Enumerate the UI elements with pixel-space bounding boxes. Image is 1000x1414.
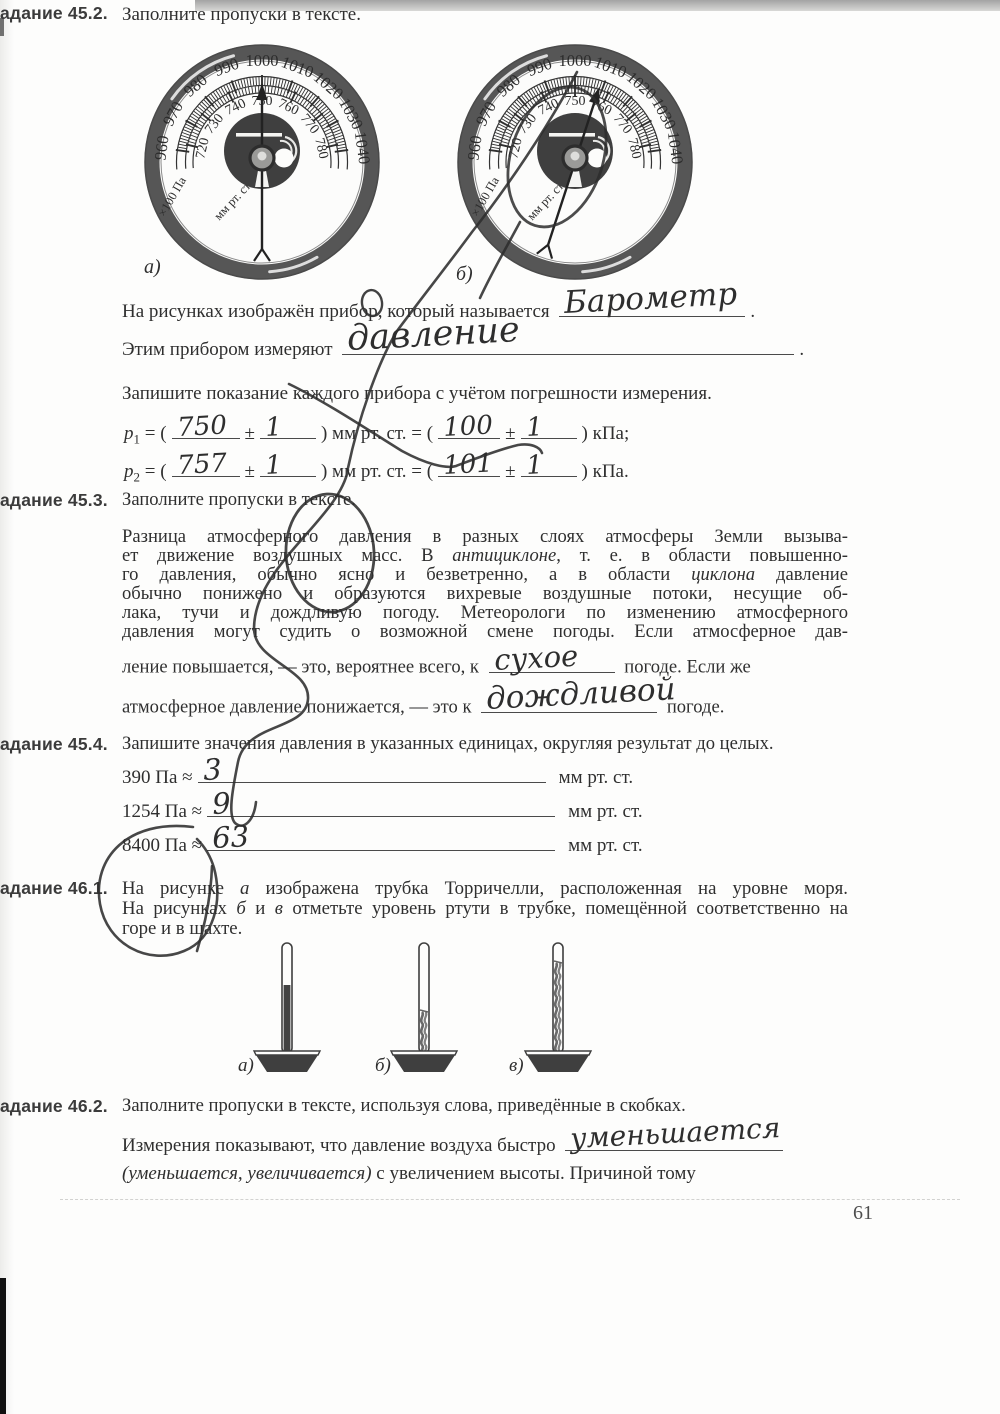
task-452-note: Запишите показание каждого прибора с учё… (122, 382, 848, 406)
handwritten-device: Барометр (564, 279, 738, 319)
given-value: 8400 Па ≈ (122, 835, 202, 856)
text-segment: , т. е. в области повышенно- (556, 545, 848, 566)
p1-mm-value-blank[interactable]: 750 (172, 418, 240, 439)
handwritten-101: 101 (443, 450, 494, 479)
p2-symbol: p (124, 461, 134, 482)
text-segment: антициклоне (452, 545, 556, 566)
torricelli-tubes-figure: а)б)в) (228, 938, 610, 1080)
p1-pm2: ± (505, 423, 515, 444)
task-461-line: На рисунках б и в отметьте уровень ртути… (122, 899, 848, 918)
conversion-answer-blank[interactable]: 3 (198, 762, 546, 783)
handwritten-answer: 3 (202, 755, 222, 785)
text-segment: давление (755, 564, 848, 585)
p2-mid: ) мм рт. ст. = ( (321, 461, 433, 482)
p2-kpa-error-blank[interactable]: 1 (521, 456, 577, 477)
scan-artifact-strip (0, 1278, 6, 1414)
p1-tail: ) кПа; (582, 423, 630, 444)
dial-b-caption: б) (456, 263, 473, 286)
handwritten-dry: сухое (493, 641, 578, 674)
p1-kpa-error-blank[interactable]: 1 (521, 418, 577, 439)
text-segment: с увеличением высоты. Причиной тому (372, 1163, 696, 1184)
text-segment: б (236, 898, 245, 919)
task-461-label: адание 46.1. (0, 878, 108, 899)
svg-text:960: 960 (463, 134, 485, 161)
handwritten-decreases: уменьшается (570, 1114, 781, 1153)
task-461-line: горе и в шахте. (122, 919, 848, 938)
weather-blank-2[interactable]: дождливой (481, 692, 657, 713)
p2-kpa-value-blank[interactable]: 101 (438, 456, 500, 477)
p1-symbol: p (124, 423, 134, 444)
given-value: 390 Па ≈ (122, 767, 193, 788)
s1-period: . (750, 301, 755, 322)
text-segment: го давления, обычно ясно и безветренно, … (122, 564, 691, 585)
handwritten-1c: 1 (265, 452, 283, 479)
dial-a-caption: а) (144, 256, 161, 279)
p1-mid: ) мм рт. ст. = ( (321, 423, 433, 444)
unit-label: мм рт. ст. (568, 835, 642, 856)
paragraph-line: го давления, обычно ясно и безветренно, … (122, 565, 848, 584)
paragraph-line: давления могут судить о возможной смене … (122, 622, 848, 641)
svg-text:960: 960 (150, 134, 172, 161)
handwritten-750: 750 (176, 412, 227, 441)
page-number: 61 (853, 1202, 873, 1225)
task-461-line: На рисунке а изображена трубка Торричелл… (122, 879, 848, 898)
paragraph-line: ет движение воздушных масс. В антициклон… (122, 546, 848, 565)
text-segment: давления могут судить о возможной смене … (122, 621, 848, 642)
p1-kpa-value-blank[interactable]: 100 (438, 418, 500, 439)
text-segment: в (275, 898, 283, 919)
paragraph-line: лака, тучи и дождливую погоду. Метеороло… (122, 603, 848, 622)
p1-pm: ± (245, 423, 255, 444)
p2-tail: ) кПа. (582, 461, 629, 482)
p2-mm-value-blank[interactable]: 757 (172, 456, 240, 477)
conversion-answer-blank[interactable]: 63 (207, 830, 555, 851)
task-452-instruction: Заполните пропуски в тексте. (122, 3, 848, 27)
text-segment: а (240, 878, 249, 899)
pressure-row-2: p2 = (757±1) мм рт. ст. = (101±1) кПа. (124, 456, 850, 490)
task-452-sentence-2: Этим прибором измеряют давление . (122, 334, 848, 362)
tube-caption: б) (375, 1055, 391, 1076)
task-452-label: адание 45.2. (0, 3, 108, 24)
workbook-page: адание 45.2. Заполните пропуски в тексте… (0, 0, 1000, 1414)
handwritten-1d: 1 (525, 452, 543, 479)
task-453-blank-row-1: ление повышается, — это, вероятнее всего… (122, 652, 848, 682)
text-segment: ет движение воздушных масс. В (122, 545, 452, 566)
svg-text:750: 750 (565, 94, 586, 109)
weather-blank-1[interactable]: сухое (489, 652, 615, 673)
text-segment: и (246, 898, 275, 919)
handwritten-100: 100 (443, 412, 494, 441)
scan-fold-line (60, 1199, 960, 1200)
handwritten-1b: 1 (525, 414, 543, 441)
svg-text:1000: 1000 (559, 51, 592, 70)
text-segment: Разница атмосферного давления в разных с… (122, 526, 848, 547)
text-segment: обычно понижено и образуются вихревые во… (122, 583, 848, 604)
given-value: 1254 Па ≈ (122, 801, 202, 822)
s2-period: . (799, 339, 804, 360)
task-454-label: адание 45.4. (0, 734, 108, 755)
pressure-row-1: p1 = (750±1) мм рт. ст. = (100±1) кПа; (124, 418, 850, 452)
task-453-instruction: Заполните пропуски в тексте. (122, 490, 848, 509)
p1-mm-error-blank[interactable]: 1 (260, 418, 316, 439)
barometer-dial-b: 9609709809901000101010201030104072073074… (450, 37, 700, 287)
task-462-body-1: Измерения показывают, что давление возду… (122, 1130, 848, 1158)
conversion-row: 8400 Па ≈63мм рт. ст. (122, 830, 848, 858)
conversion-answer-blank[interactable]: 9 (207, 796, 555, 817)
p2-pm: ± (245, 461, 255, 482)
answer-blank-measure[interactable]: давление (342, 334, 794, 355)
handwritten-answer: 63 (212, 822, 250, 853)
blank2-pre: атмосферное давление понижается, — это к (122, 697, 472, 718)
tube-caption: а) (238, 1055, 254, 1076)
svg-text:1000: 1000 (246, 51, 279, 70)
task-453-blank-row-2: атмосферное давление понижается, — это к… (122, 692, 848, 722)
unit-label: мм рт. ст. (559, 767, 633, 788)
p2-mm-error-blank[interactable]: 1 (260, 456, 316, 477)
handwritten-answer: 9 (212, 789, 232, 819)
text-segment: На рисунках (122, 898, 236, 919)
text-segment: (уменьшается, увеличивается) (122, 1163, 372, 1184)
task-454-instruction: Запишите значения давления в указанных е… (122, 734, 848, 753)
task-462-label: адание 46.2. (0, 1096, 108, 1117)
task-453-label: адание 45.3. (0, 490, 108, 511)
conversion-row: 390 Па ≈3мм рт. ст. (122, 762, 848, 790)
text-segment: изображена трубка Торричелли, расположен… (249, 878, 848, 899)
scan-edge-left (0, 0, 14, 1414)
task-462-body-2: (уменьшается, увеличивается) с увеличени… (122, 1164, 848, 1183)
text-segment: циклона (691, 564, 755, 585)
text-segment: отметьте уровень ртути в трубке, помещён… (283, 898, 848, 919)
p1-eq: = ( (140, 423, 167, 444)
barometer-dial-a: 9609709809901000101010201030104072073074… (137, 37, 387, 287)
s2-text: Этим прибором измеряют (122, 339, 333, 360)
handwritten-rainy: дождливой (486, 674, 677, 715)
handwritten-757: 757 (176, 450, 227, 479)
paragraph-line: обычно понижено и образуются вихревые во… (122, 584, 848, 603)
tube-caption: в) (509, 1055, 524, 1076)
text-segment: На рисунке (122, 878, 240, 899)
altitude-blank[interactable]: уменьшается (565, 1130, 783, 1151)
handwritten-1a: 1 (265, 414, 283, 441)
handwritten-measure: давление (346, 313, 520, 357)
p2-pm2: ± (505, 461, 515, 482)
body-pre: Измерения показывают, что давление возду… (122, 1135, 556, 1156)
text-segment: лака, тучи и дождливую погоду. Метеороло… (122, 602, 848, 623)
unit-label: мм рт. ст. (568, 801, 642, 822)
text-segment: горе и в шахте. (122, 918, 242, 939)
blank1-pre: ление повышается, — это, вероятнее всего… (122, 657, 479, 678)
answer-blank-device[interactable]: Барометр (559, 296, 745, 317)
paragraph-line: Разница атмосферного давления в разных с… (122, 527, 848, 546)
p2-eq: = ( (140, 461, 167, 482)
